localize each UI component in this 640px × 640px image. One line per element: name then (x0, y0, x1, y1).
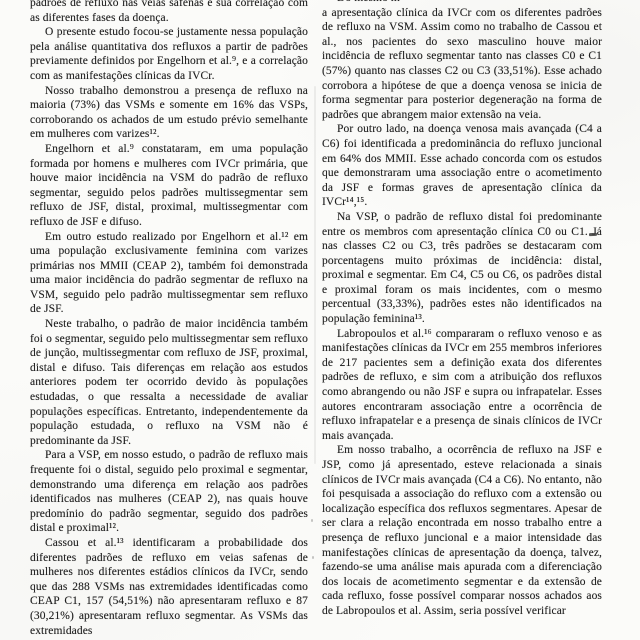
paragraph: Em outro estudo realizado por Engelhorn … (30, 230, 308, 318)
paragraph: padrões de refluxo nas veias safenas e s… (30, 0, 308, 25)
scan-streak-artifact (314, 86, 316, 464)
paragraph: Para a VSP, em nosso estudo, o padrão de… (30, 448, 308, 536)
paragraph: Cassou et al.¹³ identificaram a probabil… (30, 536, 308, 638)
text-column-left: padrões de refluxo nas veias safenas e s… (30, 0, 308, 638)
scanned-page: padrões de refluxo nas veias safenas e s… (0, 0, 640, 640)
paragraph: Em nosso trabalho, a ocorrência de reflu… (322, 443, 602, 618)
scan-speck (312, 556, 314, 559)
paragraph: a apresentação clínica da IVCr com os di… (322, 6, 602, 123)
paragraph: Neste trabalho, o padrão de maior incidê… (30, 317, 308, 448)
scan-speck (311, 519, 313, 522)
paragraph: Por outro lado, na doença venosa mais av… (322, 122, 602, 210)
paragraph: O presente estudo focou-se justamente ne… (30, 25, 308, 83)
paragraph: Nosso trabalho demonstrou a presença de … (30, 84, 308, 142)
paragraph: Labropoulos et al.¹⁶ compararam o reflux… (322, 327, 602, 444)
margin-mark (589, 233, 597, 236)
paragraph: Na VSP, o padrão de refluxo distal foi p… (322, 210, 602, 327)
paragraph: Engelhorn et al.⁹ constataram, em uma po… (30, 142, 308, 230)
text-column-right: Do mesmo ma apresentação clínica da IVCr… (322, 0, 602, 619)
